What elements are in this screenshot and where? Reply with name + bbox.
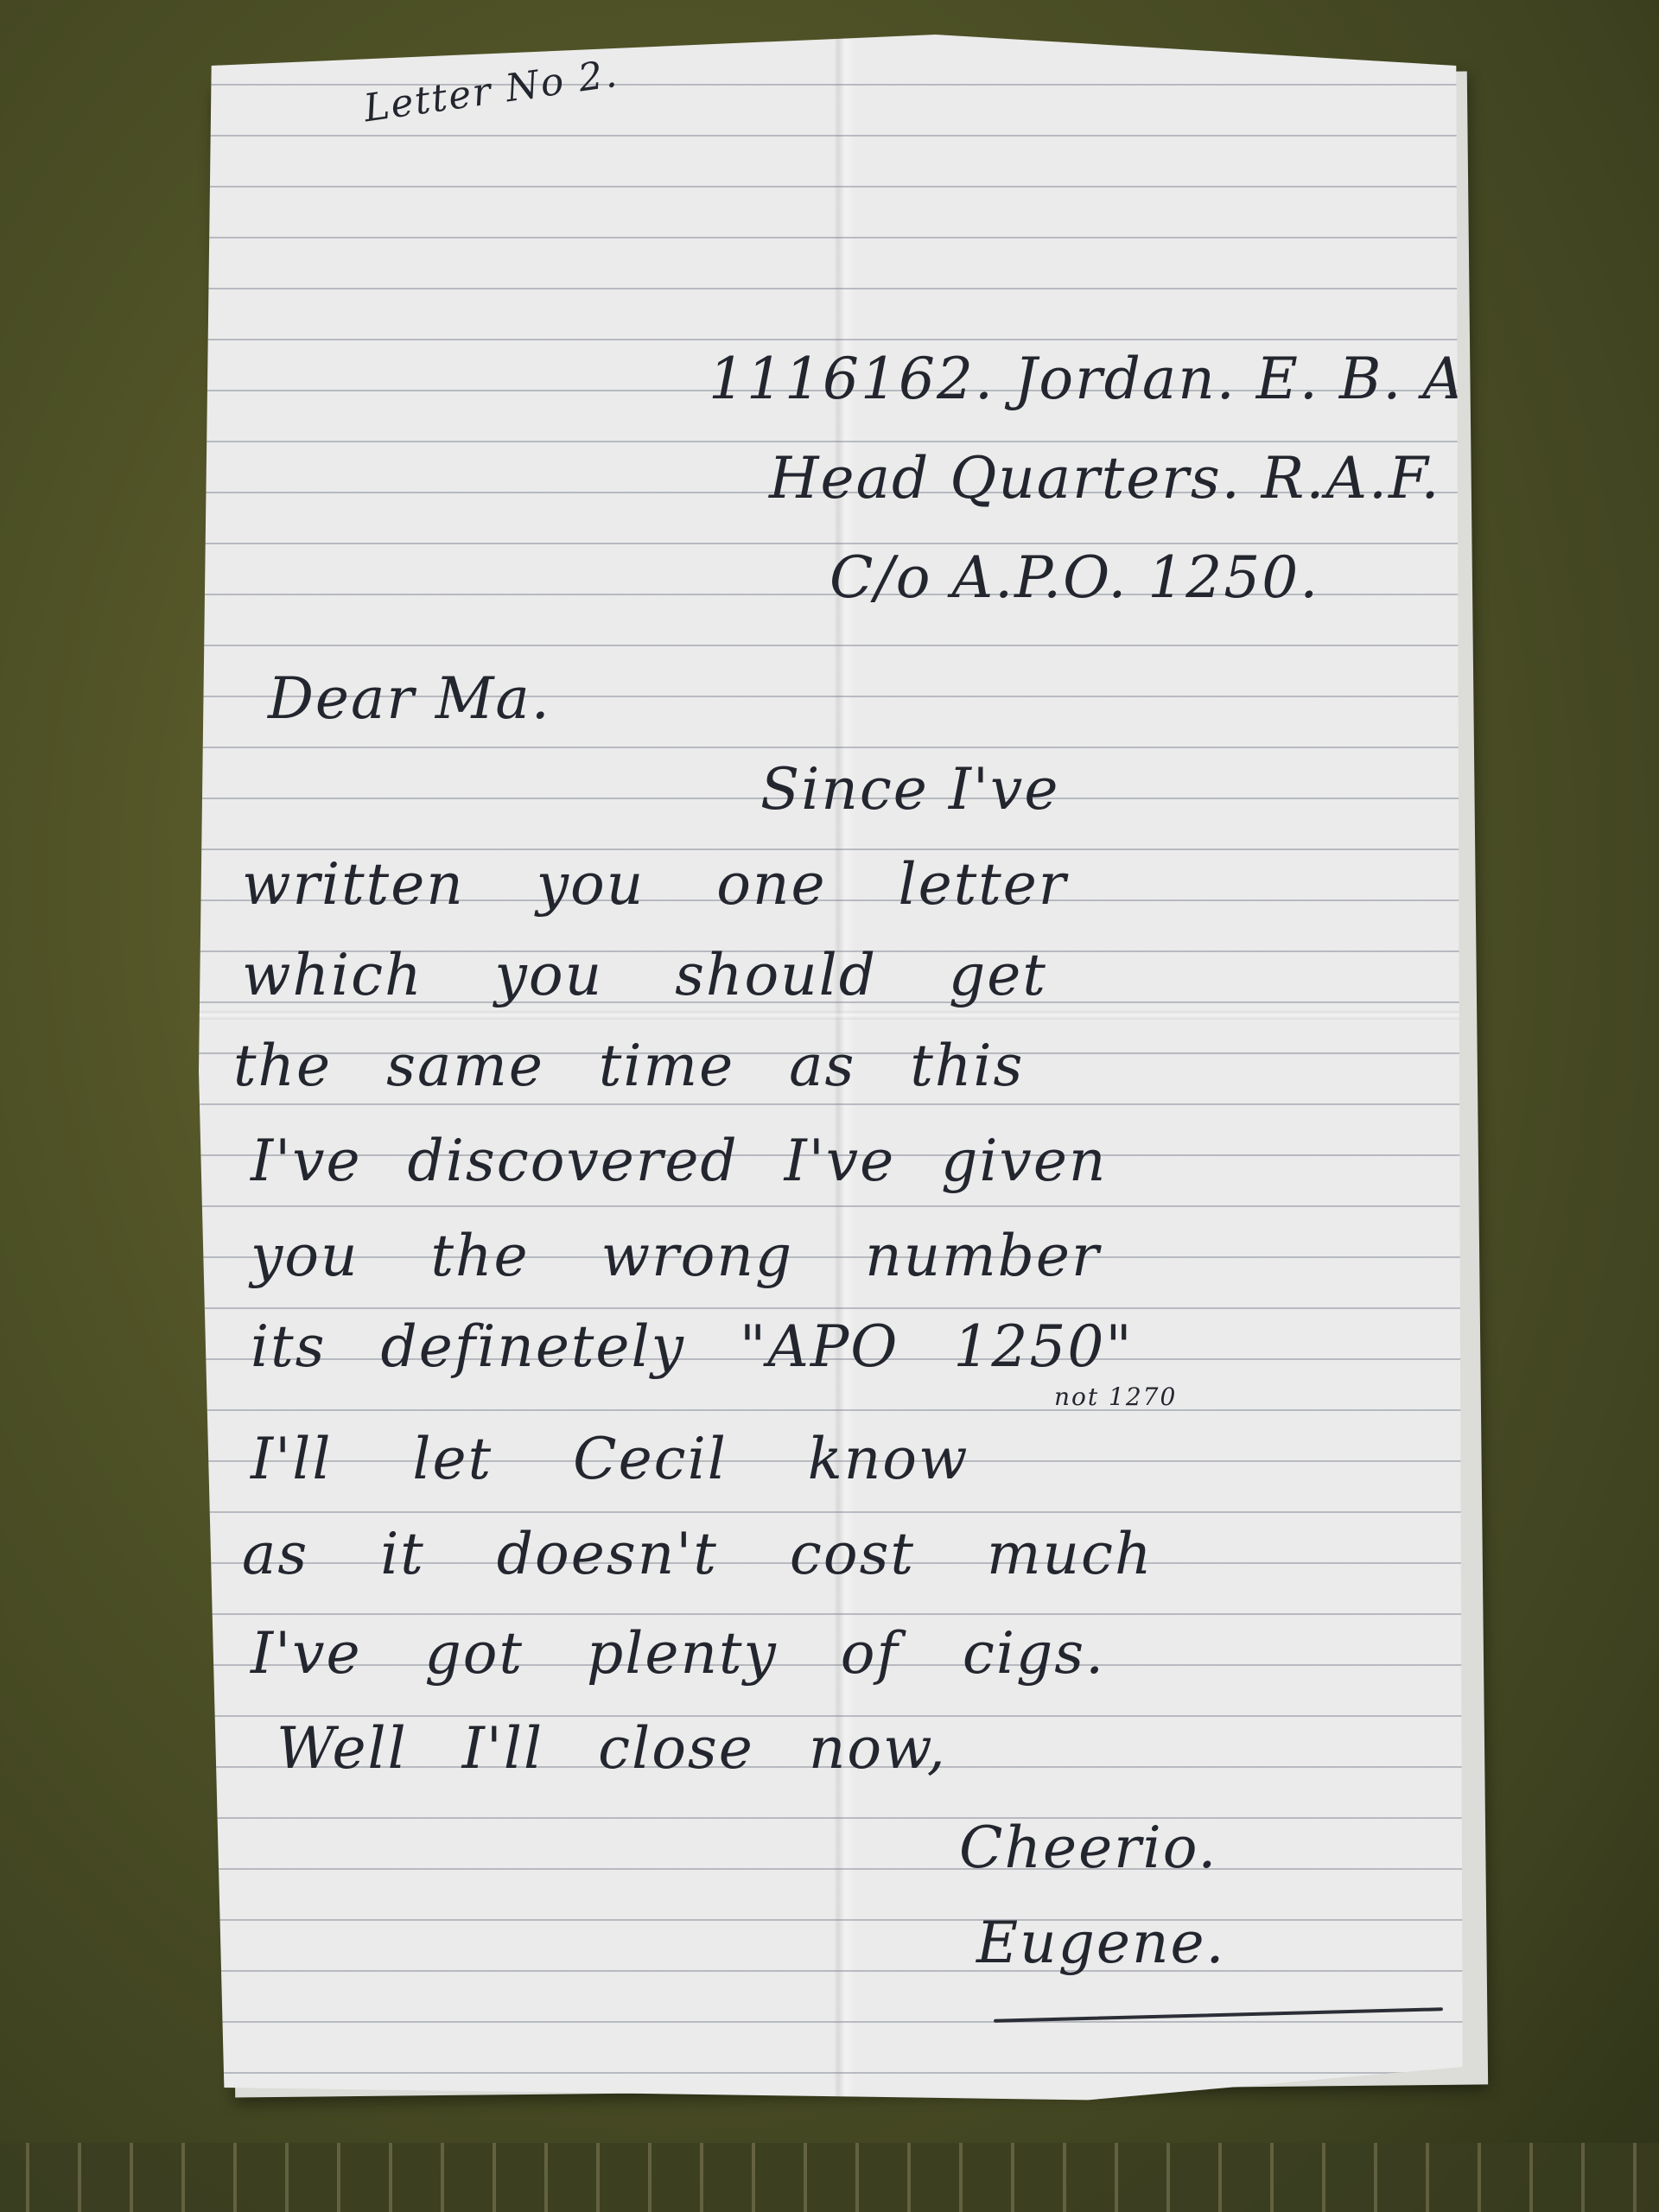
- letter-sheet: Letter No 2. 1116162. Jordan. E. B. AC/2…: [199, 35, 1469, 2108]
- body-line-3: which you should get: [242, 942, 1047, 1008]
- body-line-5: I've discovered I've given: [251, 1128, 1107, 1194]
- closing: Cheerio.: [959, 1815, 1217, 1881]
- body-line-10: I've got plenty of cigs.: [251, 1620, 1105, 1687]
- body-line-1: Since I've: [760, 756, 1059, 823]
- salutation: Dear Ma.: [268, 665, 551, 732]
- signature-underline: [994, 2007, 1443, 2023]
- letter-heading: Letter No 2.: [361, 52, 621, 131]
- leather-border-trim: [0, 2143, 1659, 2212]
- body-line-7: its definetely "APO 1250": [251, 1313, 1134, 1380]
- body-line-8: I'll let Cecil know: [251, 1426, 969, 1492]
- signature: Eugene.: [976, 1910, 1226, 1976]
- body-line-2: written you one letter: [242, 851, 1067, 918]
- address-line-service-number: 1116162. Jordan. E. B. AC/2: [709, 346, 1570, 412]
- horizontal-fold-crease: [199, 1011, 1469, 1020]
- body-line-9: as it doesn't cost much: [242, 1521, 1154, 1587]
- body-line-6: you the wrong number: [251, 1223, 1101, 1289]
- body-line-11: Well I'll close now,: [276, 1715, 947, 1782]
- address-line-apo: C/o A.P.O. 1250.: [829, 544, 1319, 611]
- body-line-4: the same time as this: [233, 1033, 1024, 1099]
- correction-note: not 1270: [1054, 1382, 1177, 1411]
- address-line-unit: Head Quarters. R.A.F.: [769, 445, 1440, 512]
